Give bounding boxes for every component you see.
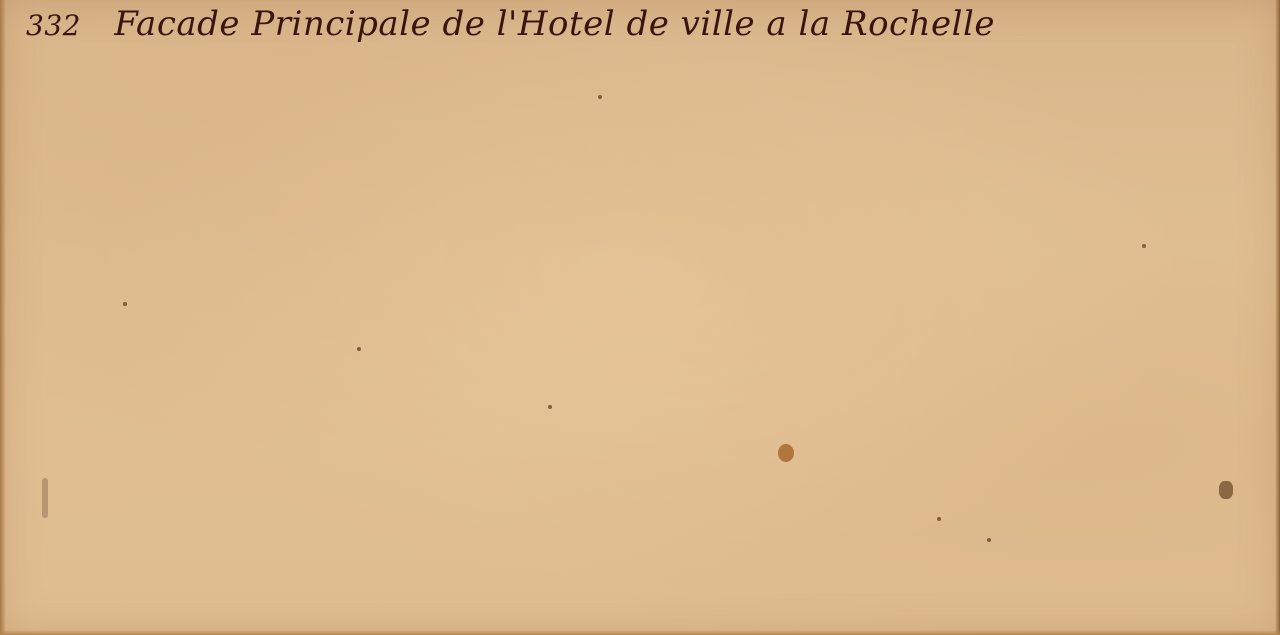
speck <box>123 302 127 306</box>
speck <box>548 405 552 409</box>
inscription-title: Facade Principale de l'Hotel de ville a … <box>114 4 995 44</box>
card-edge-bottom <box>0 630 1280 635</box>
ink-mark <box>1219 481 1233 499</box>
catalog-number: 332 <box>26 9 81 42</box>
card-back: 332 Facade Principale de l'Hotel de vill… <box>0 0 1280 635</box>
stain-mark <box>778 444 794 462</box>
speck <box>598 95 602 99</box>
speck <box>357 347 361 351</box>
card-edge-left <box>0 0 6 635</box>
speck <box>937 517 941 521</box>
speck <box>987 538 991 542</box>
faint-mark <box>42 478 48 518</box>
speck <box>1142 244 1146 248</box>
card-edge-right <box>1275 0 1280 635</box>
handwritten-inscription: 332 Facade Principale de l'Hotel de vill… <box>26 4 995 44</box>
